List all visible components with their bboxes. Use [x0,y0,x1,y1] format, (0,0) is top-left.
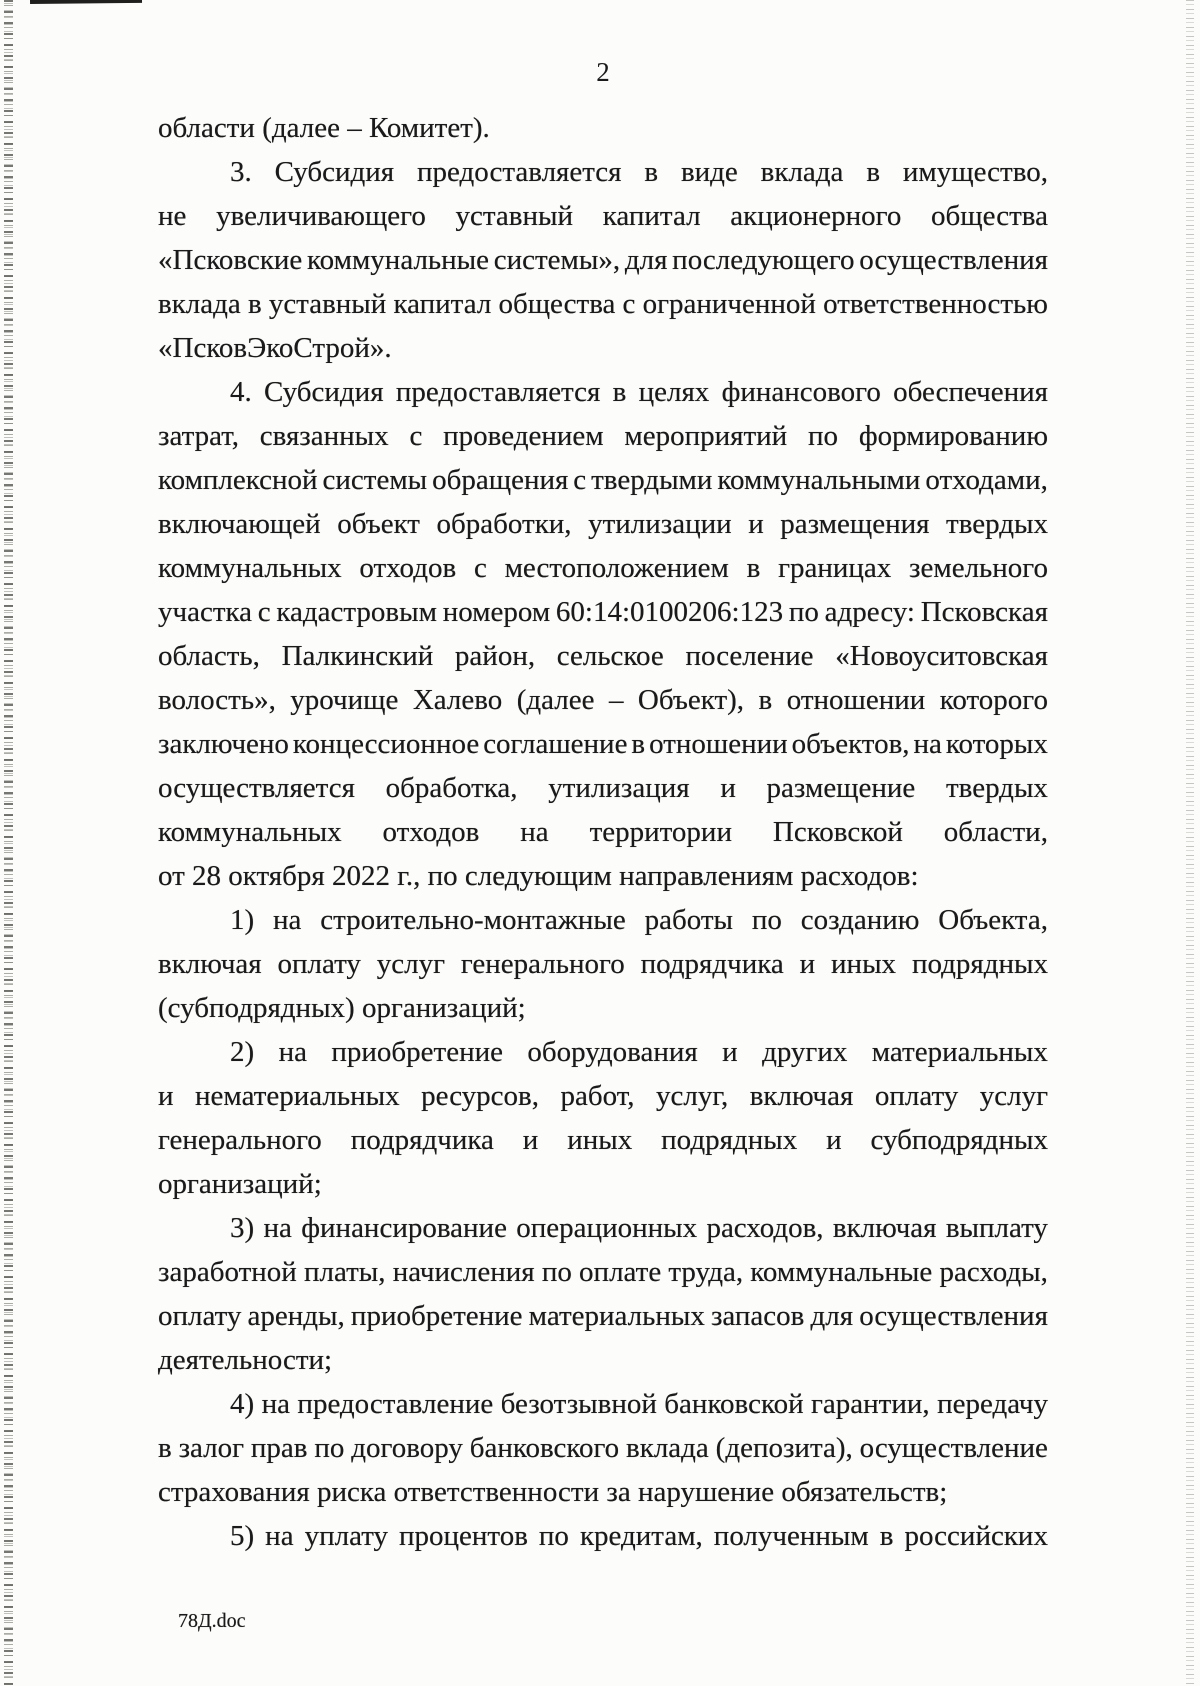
text-line: генеральногоподрядчикаииныхподрядныхисуб… [158,1118,1048,1162]
word: отходов [383,810,480,854]
word: и [748,502,764,546]
document-body: области (далее – Комитет).3.Субсидияпред… [158,106,1048,1558]
word: прав [251,1426,308,1470]
text-line: 1)настроительно-монтажныеработыпосоздани… [158,898,1048,942]
word: отношении [649,722,788,766]
word: вклада [761,150,844,194]
word: с [623,282,636,326]
word: «Псковские [158,238,302,282]
word: осуществления [859,1294,1048,1338]
word: коммунальные [307,238,489,282]
text-line: 3)нафинансированиеоперационныхрасходов,в… [158,1206,1048,1250]
word: услуг [377,942,445,986]
word: комплексной [158,458,318,502]
word: твердых [946,766,1048,810]
word: уставный [456,194,574,238]
word: коммунальных [158,810,342,854]
word: и [800,942,816,986]
word: области, [944,810,1048,854]
text-line: «Псковскиекоммунальныесистемы»,дляпослед… [158,238,1048,282]
word: осуществления [859,238,1048,282]
word: уплату [305,1514,388,1558]
word: объект [337,502,420,546]
text-line: коммунальныхотходовсместоположениемвгран… [158,546,1048,590]
word: территории [590,810,732,854]
word: предоставление [297,1382,493,1426]
scan-artifact-left-edge [4,0,13,1686]
word: акционерного [730,194,901,238]
word: обработка, [386,766,518,810]
word: и [158,1074,174,1118]
text-line: осуществляетсяобработка,утилизацияиразме… [158,766,1048,810]
word: общества [931,194,1048,238]
word: генерального [461,942,625,986]
word: коммунальными [717,458,920,502]
word: включая [833,1206,937,1250]
word: обращения [432,458,568,502]
word: для [625,238,668,282]
scan-artifact-top-left-line [30,0,142,4]
word: участка [158,590,252,634]
word: которых [946,722,1048,766]
word: адресу: [825,590,915,634]
word: Объект), [638,678,744,722]
text-line: 5)науплатупроцентовпокредитам,полученным… [158,1514,1048,1558]
word: связанных [260,414,389,458]
word: сельское [557,634,664,678]
text-line: оплатуаренды,приобретениематериальныхзап… [158,1294,1048,1338]
word: ресурсов, [421,1074,539,1118]
text-line: затрат,связанныхспроведениеммероприятийп… [158,414,1048,458]
word: не [158,194,186,238]
word: в [759,678,773,722]
word: 3. [230,150,252,194]
word: на [264,1206,292,1250]
word: подрядчика [641,942,784,986]
word: договору [351,1426,463,1470]
word: предоставляется [396,370,601,414]
word: земельного [909,546,1048,590]
word: по [808,414,838,458]
word: проведением [443,414,603,458]
word: залог [179,1426,244,1470]
word: работы [645,898,733,942]
word: и [720,766,736,810]
text-line: организаций; [158,1162,1048,1206]
word: для [811,1294,854,1338]
word: на [914,722,942,766]
word: включая [750,1074,854,1118]
word: платы, [304,1250,386,1294]
word: и [826,1118,842,1162]
word: услуг [980,1074,1048,1118]
word: приобретение [331,1030,503,1074]
word: услуг, [656,1074,728,1118]
word: заработной [158,1250,297,1294]
word: подрядчика [351,1118,494,1162]
word: подрядных [912,942,1048,986]
word: по [539,1514,569,1558]
word: обеспечения [893,370,1048,414]
word: номером [443,590,551,634]
word: обработки, [437,502,572,546]
scan-artifact-right-edge [1186,0,1194,1686]
word: 1) [230,898,254,942]
word: гарантии, [811,1382,930,1426]
word: Псковская [921,590,1048,634]
word: формированию [859,414,1048,458]
word: урочище [290,678,398,722]
word: твердых [946,502,1048,546]
word: предоставляется [417,150,622,194]
word: на [279,1030,307,1074]
word: Халево [413,678,502,722]
word: «Новоуситовская [835,634,1048,678]
word: системы», [494,238,620,282]
word: на [520,810,548,854]
word: Палкинский [282,634,434,678]
word: труда, [668,1250,743,1294]
word: работ, [561,1074,635,1118]
word: общества [498,282,615,326]
word: отходов [359,546,456,590]
word: оплату [158,1294,241,1338]
word: – [609,678,624,722]
word: 2) [230,1030,254,1074]
word: затрат, [158,414,239,458]
word: вклада [626,1426,709,1470]
word: 60:14:0100206:123 [556,590,783,634]
word: на [273,898,301,942]
text-line: 4)напредоставлениебезотзывнойбанковскойг… [158,1382,1048,1426]
word: оборудования [527,1030,697,1074]
word: в [613,370,627,414]
text-line: 2)наприобретениеоборудованияидругихматер… [158,1030,1048,1074]
word: по [314,1426,344,1470]
word: по [542,1250,572,1294]
text-line: включаяоплатууслуггенеральногоподрядчика… [158,942,1048,986]
word: полученным [714,1514,869,1558]
text-line: страхования риска ответственности за нар… [158,1470,1048,1514]
word: 4. [230,370,252,414]
word: кредитам, [580,1514,703,1558]
text-line: заключеноконцессионноесоглашениевотношен… [158,722,1048,766]
word: и [722,1030,738,1074]
text-line: от 28 октября 2022 г., по следующим напр… [158,854,1048,898]
text-line: взалогправподоговорубанковскоговклада(де… [158,1426,1048,1470]
word: включающей [158,502,321,546]
word: коммунальные [750,1250,932,1294]
word: аренды, [248,1294,345,1338]
word: запасов [711,1294,804,1338]
word: подрядных [661,1118,797,1162]
word: Объекта, [938,898,1048,942]
word: расходов, [706,1206,823,1250]
word: район, [455,634,535,678]
word: материальных [872,1030,1048,1074]
word: Субсидия [264,370,384,414]
word: субподрядных [871,1118,1048,1162]
word: российских [904,1514,1048,1558]
word: последующего [672,238,854,282]
word: расходы, [939,1250,1047,1294]
word: размещение [767,766,916,810]
word: 4) [230,1382,254,1426]
word: размещения [780,502,929,546]
text-line: заработнойплаты,начисленияпооплатетруда,… [158,1250,1048,1294]
word: нематериальных [195,1074,400,1118]
word: 5) [230,1514,254,1558]
word: виде [681,150,738,194]
word: выплату [946,1206,1048,1250]
text-line: включающейобъектобработки,утилизацииираз… [158,502,1048,546]
word: финансирование [301,1206,507,1250]
word: других [762,1030,847,1074]
text-line: комплекснойсистемыобращенияствердымикомм… [158,458,1048,502]
word: кадастровым [276,590,437,634]
word: в [866,150,880,194]
word: передачу [937,1382,1048,1426]
text-line: инематериальныхресурсов,работ,услуг,вклю… [158,1074,1048,1118]
word: осуществление [860,1426,1048,1470]
word: по [752,898,782,942]
word: с [258,590,271,634]
word: мероприятий [624,414,787,458]
text-line: вкладавуставныйкапиталобществасограничен… [158,282,1048,326]
text-line: «ПсковЭкоСтрой». [158,326,1048,370]
word: которого [940,678,1048,722]
word: целях [639,370,710,414]
word: банковского [470,1426,619,1470]
word: утилизации [588,502,732,546]
text-line: области (далее – Комитет). [158,106,1048,150]
word: иных [567,1118,632,1162]
word: с [573,458,586,502]
word: границах [778,546,891,590]
word: приобретение [351,1294,523,1338]
text-line: (субподрядных) организаций; [158,986,1048,1030]
word: заключено [158,722,289,766]
word: на [262,1382,290,1426]
word: на [265,1514,293,1558]
word: отношении [787,678,926,722]
text-line: 4.Субсидияпредоставляетсявцеляхфинансово… [158,370,1048,414]
word: оплате [579,1250,661,1294]
word: осуществляется [158,766,355,810]
word: с [409,414,422,458]
word: волость», [158,678,276,722]
word: операционных [516,1206,697,1250]
word: ответственностью [823,282,1048,326]
word: имущество, [903,150,1048,194]
word: включая [158,942,262,986]
word: местоположением [505,546,729,590]
text-line: неувеличивающегоуставныйкапиталакционерн… [158,194,1048,238]
word: утилизация [548,766,689,810]
word: в [631,722,645,766]
word: в [747,546,761,590]
word: область, [158,634,260,678]
word: отходами, [925,458,1048,502]
word: твердыми [591,458,712,502]
text-line: коммунальныхотходовнатерриторииПсковской… [158,810,1048,854]
page-number: 2 [158,56,1048,88]
word: в [644,150,658,194]
text-line: волость»,урочищеХалево(далее–Объект),вот… [158,678,1048,722]
word: в [880,1514,894,1558]
word: соглашение [483,722,627,766]
word: (далее [517,678,595,722]
word: созданию [801,898,920,942]
word: в [158,1426,172,1470]
word: поселение [685,634,813,678]
document-page: 2 области (далее – Комитет).3.Субсидияпр… [0,0,1200,1686]
word: с [474,546,487,590]
word: вклада [158,282,241,326]
word: системы [323,458,428,502]
word: банковской [664,1382,803,1426]
footer-filename: 78Д.doc [178,1608,246,1634]
word: (депозита), [716,1426,853,1470]
word: строительно-монтажные [320,898,626,942]
word: капитал [393,282,491,326]
text-line: участкаскадастровымномером60:14:0100206:… [158,590,1048,634]
word: уставный [269,282,387,326]
word: увеличивающего [216,194,426,238]
word: оплату [278,942,361,986]
word: Псковской [773,810,903,854]
word: начисления [393,1250,535,1294]
word: оплату [875,1074,958,1118]
word: концессионное [293,722,479,766]
word: коммунальных [158,546,342,590]
word: материальных [529,1294,705,1338]
word: капитал [603,194,701,238]
word: ограниченной [643,282,816,326]
word: и [523,1118,539,1162]
text-line: область,Палкинскийрайон,сельскоепоселени… [158,634,1048,678]
word: Субсидия [275,150,395,194]
word: в [248,282,262,326]
word: генерального [158,1118,322,1162]
text-line: деятельности; [158,1338,1048,1382]
word: по [789,590,819,634]
word: иных [831,942,896,986]
word: 3) [230,1206,254,1250]
word: объектов, [792,722,910,766]
word: безотзывной [501,1382,657,1426]
word: процентов [399,1514,528,1558]
text-line: 3.Субсидияпредоставляетсяввидевкладавиму… [158,150,1048,194]
word: финансового [722,370,881,414]
